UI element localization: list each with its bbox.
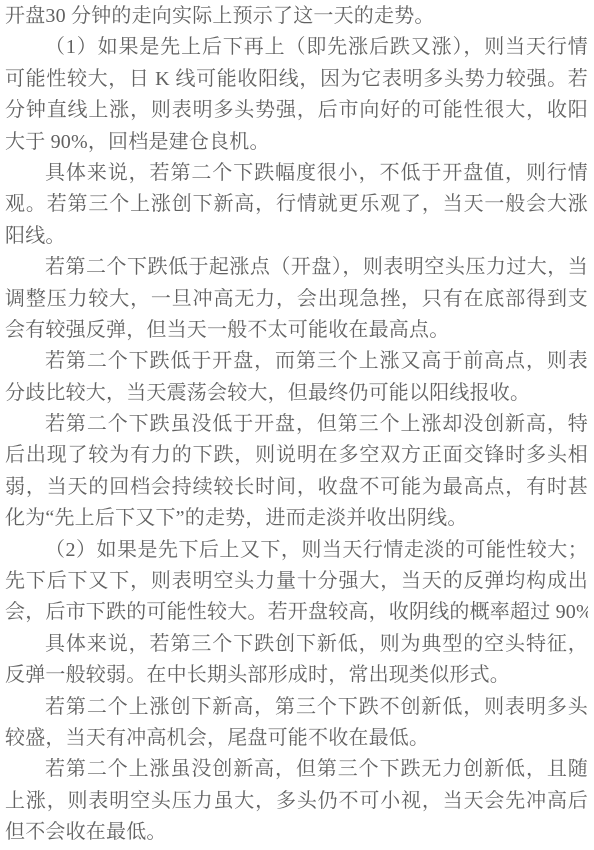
text-line: 具体来说，若第三个下跌创下新低，则为典型的空头特征，当天的 — [5, 629, 588, 660]
text-line: 阳线。 — [5, 221, 588, 252]
text-line: 反弹一般较弱。在中长期头部形成时，常出现类似形式。 — [5, 660, 588, 691]
page-text: 开盘30 分钟的走向实际上预示了这一天的走势。（1）如果是先上后下再上（即先涨后… — [0, 0, 594, 850]
text-line: 上涨，则表明空头压力虽大，多头仍不可小视，当天会先冲高后回落， — [5, 786, 588, 817]
text-line: 化为“先上后下又下”的走势，进而走淡并收出阴线。 — [5, 503, 588, 534]
text-line: 分歧比较大，当天震荡会较大，但最终仍可能以阳线报收。 — [5, 378, 588, 409]
text-line: 分钟直线上涨，则表明多头势强，后市向好的可能性很大，收阳线概率 — [5, 95, 588, 126]
text-line: 可能性较大，日 K 线可能收阳线，因为它表明多头势力较强。若前 30 — [5, 64, 588, 95]
text-line: 开盘30 分钟的走向实际上预示了这一天的走势。 — [5, 1, 588, 32]
text-line: 具体来说，若第二个下跌幅度很小，不低于开盘值，则行情应较乐 — [5, 158, 588, 189]
text-line: 会有较强反弹，但当天一般不太可能收在最高点。 — [5, 315, 588, 346]
document-page: { "document": { "language": "zh-CN", "ba… — [0, 0, 594, 850]
text-line: 先下后下又下，则表明空头力量十分强大，当天的反弹均构成出货机 — [5, 566, 588, 597]
text-line: 但不会收在最低。 — [5, 817, 588, 848]
text-line: 若第二个下跌低于开盘，而第三个上涨又高于前高点，则表明多空 — [5, 346, 588, 377]
text-line: 弱，当天的回档会持续较长时间，收盘不可能为最高点，有时甚至会演 — [5, 472, 588, 503]
text-line: 若第二个下跌虽没低于开盘，但第三个上涨却没创新高，特别是随 — [5, 409, 588, 440]
text-line: 若第二个下跌低于起涨点（开盘），则表明空头压力过大，当天的 — [5, 252, 588, 283]
text-line: 若第二个上涨创下新高，第三个下跌不创新低，则表明多头势力仍 — [5, 692, 588, 723]
text-line: 观。若第三个上涨创下新高，行情就更乐观了，当天一般会大涨小回收 — [5, 189, 588, 220]
text-line: 会，后市下跌的可能性较大。若开盘较高，收阴线的概率超过 90%。 — [5, 597, 588, 628]
text-line: （2）如果是先下后上又下，则当天行情走淡的可能性较大；如果是 — [5, 535, 588, 566]
text-line: 后出现了较为有力的下跌，则说明在多空双方正面交锋时多头相对较 — [5, 440, 588, 471]
text-line: 较盛，当天有冲高机会，尾盘可能不收在最低。 — [5, 723, 588, 754]
text-line: 若第二个上涨虽没创新高，但第三个下跌无力创新低，且随后出现 — [5, 754, 588, 785]
text-line: 大于 90%，回档是建仓良机。 — [5, 127, 588, 158]
text-line: （1）如果是先上后下再上（即先涨后跌又涨），则当天行情趋好的 — [5, 32, 588, 63]
text-line: 调整压力较大，一旦冲高无力，会出现急挫，只有在底部得到支撑，才 — [5, 284, 588, 315]
